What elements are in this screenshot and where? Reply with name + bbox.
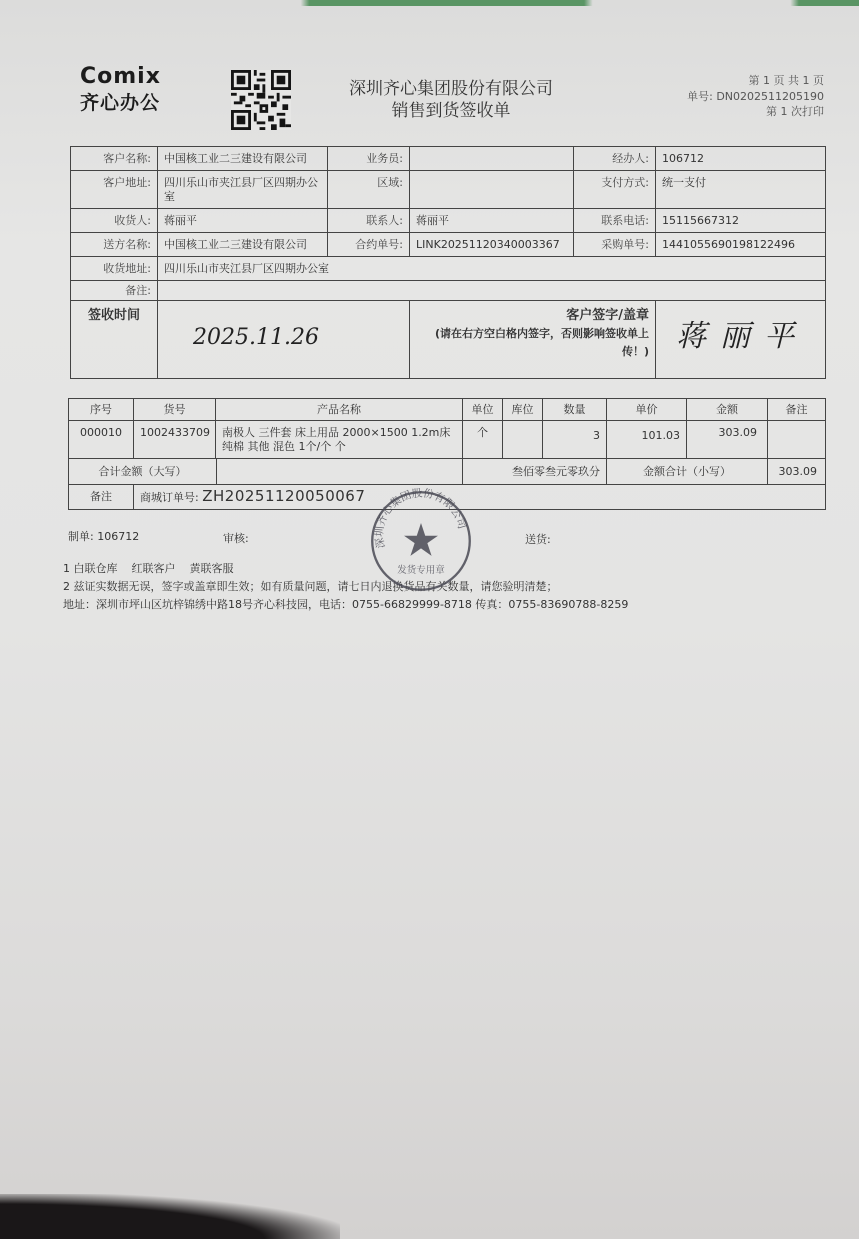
contact-value: 蒋丽平 [410, 209, 574, 233]
total-lower-label: 金额合计（小写） [607, 459, 768, 485]
svg-text:发货专用章: 发货专用章 [397, 564, 445, 576]
item-amount: 303.09 [687, 421, 768, 459]
handler-value: 106712 [656, 147, 826, 171]
total-lower-value: 303.09 [768, 459, 826, 485]
brand-logo-cn: 齐心办公 [80, 88, 160, 115]
customer-sign-note: (请在右方空白格内签字，否则影响签收单上传！) [416, 325, 649, 361]
consignee-value: 蒋丽平 [158, 209, 328, 233]
brand-logo-en: Comix [80, 64, 161, 89]
remark-label: 备注: [71, 281, 158, 301]
item-name: 南极人 三件套 床上用品 2000×1500 1.2m床 纯棉 其他 混色 1个… [216, 421, 463, 459]
contract-label: 合约单号: [328, 233, 410, 257]
item-price: 101.03 [607, 421, 687, 459]
customer-address-value: 四川乐山市夹江县厂区四期办公室 [158, 171, 328, 209]
column-header: 备注 [768, 399, 826, 421]
mall-order-label: 商城订单号: [140, 491, 199, 504]
totals-row: 合计金额（大写） 叁佰零叁元零玖分 金额合计（小写） 303.09 [69, 459, 826, 485]
column-header: 单位 [463, 399, 503, 421]
item-seq: 000010 [69, 421, 134, 459]
info-row: 客户地址: 四川乐山市夹江县厂区四期办公室 区域: 支付方式: 统一支付 [71, 171, 826, 209]
contact-label: 联系人: [328, 209, 410, 233]
column-header: 金额 [687, 399, 768, 421]
item-location [503, 421, 543, 459]
info-row: 收货地址: 四川乐山市夹江县厂区四期办公室 [71, 257, 826, 281]
copy-note: 1 白联仓库 红联客户 黄联客服 [63, 560, 233, 576]
maker-label: 制单: [68, 530, 94, 543]
handler-label: 经办人: [574, 147, 656, 171]
delivery-label: 送货: [525, 531, 551, 547]
sign-time-value: 2025.11.26 [158, 301, 410, 379]
region-label: 区域: [328, 171, 410, 209]
column-header: 货号 [134, 399, 216, 421]
order-remark-label: 备注 [69, 485, 134, 510]
column-header: 单价 [607, 399, 687, 421]
purchase-label: 采购单号: [574, 233, 656, 257]
sender-label: 送方名称: [71, 233, 158, 257]
purchase-value: 1441055690198122496 [656, 233, 826, 257]
document-number-value: DN0202511205190 [716, 90, 824, 103]
customer-name-value: 中国核工业二三建设有限公司 [158, 147, 328, 171]
info-row: 客户名称: 中国核工业二三建设有限公司 业务员: 经办人: 106712 [71, 147, 826, 171]
column-header: 数量 [543, 399, 607, 421]
review-label: 审核: [223, 530, 249, 546]
info-row: 收货人: 蒋丽平 联系人: 蒋丽平 联系电话: 15115667312 [71, 209, 826, 233]
maker-value: 106712 [97, 530, 139, 543]
background-edge [0, 0, 859, 6]
region-value [410, 171, 574, 209]
total-upper-label: 合计金额（大写） [69, 459, 217, 484]
item-qty: 3 [543, 421, 607, 459]
page-info: 第 1 页 共 1 页 [749, 72, 824, 88]
payment-value: 统一支付 [656, 171, 826, 209]
customer-signature-box[interactable]: 蒋丽平 [656, 301, 826, 379]
customer-info-table: 客户名称: 中国核工业二三建设有限公司 业务员: 经办人: 106712 客户地… [70, 146, 826, 379]
print-count: 第 1 次打印 [766, 103, 824, 119]
info-row: 备注: [71, 281, 826, 301]
item-unit: 个 [463, 421, 503, 459]
customer-address-label: 客户地址: [71, 171, 158, 209]
column-header: 序号 [69, 399, 134, 421]
company-seal-icon: 深圳齐心集团股份有限公司 发货专用章 [368, 488, 474, 594]
sign-time-label: 签收时间 [71, 301, 158, 379]
customer-sign-title: 客户签字/盖章 [416, 307, 649, 325]
items-header-row: 序号 货号 产品名称 单位 库位 数量 单价 金额 备注 [69, 399, 826, 421]
consignee-label: 收货人: [71, 209, 158, 233]
column-header: 库位 [503, 399, 543, 421]
salesperson-label: 业务员: [328, 147, 410, 171]
delivery-address-value: 四川乐山市夹江县厂区四期办公室 [158, 257, 826, 281]
customer-signature: 蒋丽平 [676, 319, 808, 354]
mall-order: 商城订单号: ZH20251120050067 [134, 485, 826, 510]
item-sku: 1002433709 [134, 421, 216, 459]
signature-row: 签收时间 2025.11.26 客户签字/盖章 (请在右方空白格内签字，否则影响… [71, 301, 826, 379]
document-title: 销售到货签收单 [340, 96, 562, 121]
total-upper-value: 叁佰零叁元零玖分 [463, 459, 607, 485]
sender-value: 中国核工业二三建设有限公司 [158, 233, 328, 257]
document-number: 单号: DN0202511205190 [687, 88, 824, 104]
document-number-label: 单号: [687, 90, 713, 103]
total-upper-row: 合计金额（大写） [69, 459, 463, 485]
customer-sign-label: 客户签字/盖章 (请在右方空白格内签字，否则影响签收单上传！) [410, 301, 656, 379]
mall-order-value: ZH20251120050067 [202, 487, 365, 505]
maker: 制单: 106712 [68, 528, 139, 544]
delivery-address-label: 收货地址: [71, 257, 158, 281]
info-row: 送方名称: 中国核工业二三建设有限公司 合约单号: LINK2025112034… [71, 233, 826, 257]
column-header: 产品名称 [216, 399, 463, 421]
background-shadow [0, 1194, 340, 1239]
phone-label: 联系电话: [574, 209, 656, 233]
table-row: 000010 1002433709 南极人 三件套 床上用品 2000×1500… [69, 421, 826, 459]
customer-name-label: 客户名称: [71, 147, 158, 171]
handwritten-date: 2025.11.26 [193, 325, 319, 350]
salesperson-value [410, 147, 574, 171]
payment-label: 支付方式: [574, 171, 656, 209]
contract-value: LINK20251120340003367 [410, 233, 574, 257]
phone-value: 15115667312 [656, 209, 826, 233]
company-address: 地址：深圳市坪山区坑梓锦绣中路18号齐心科技园，电话：0755-66829999… [63, 596, 628, 612]
qr-code-icon [230, 70, 292, 130]
remark-value [158, 281, 826, 301]
validity-note: 2 兹证实数据无误，签字或盖章即生效；如有质量问题，请七日内退换货品有关数量，请… [63, 578, 558, 594]
item-remark [768, 421, 826, 459]
